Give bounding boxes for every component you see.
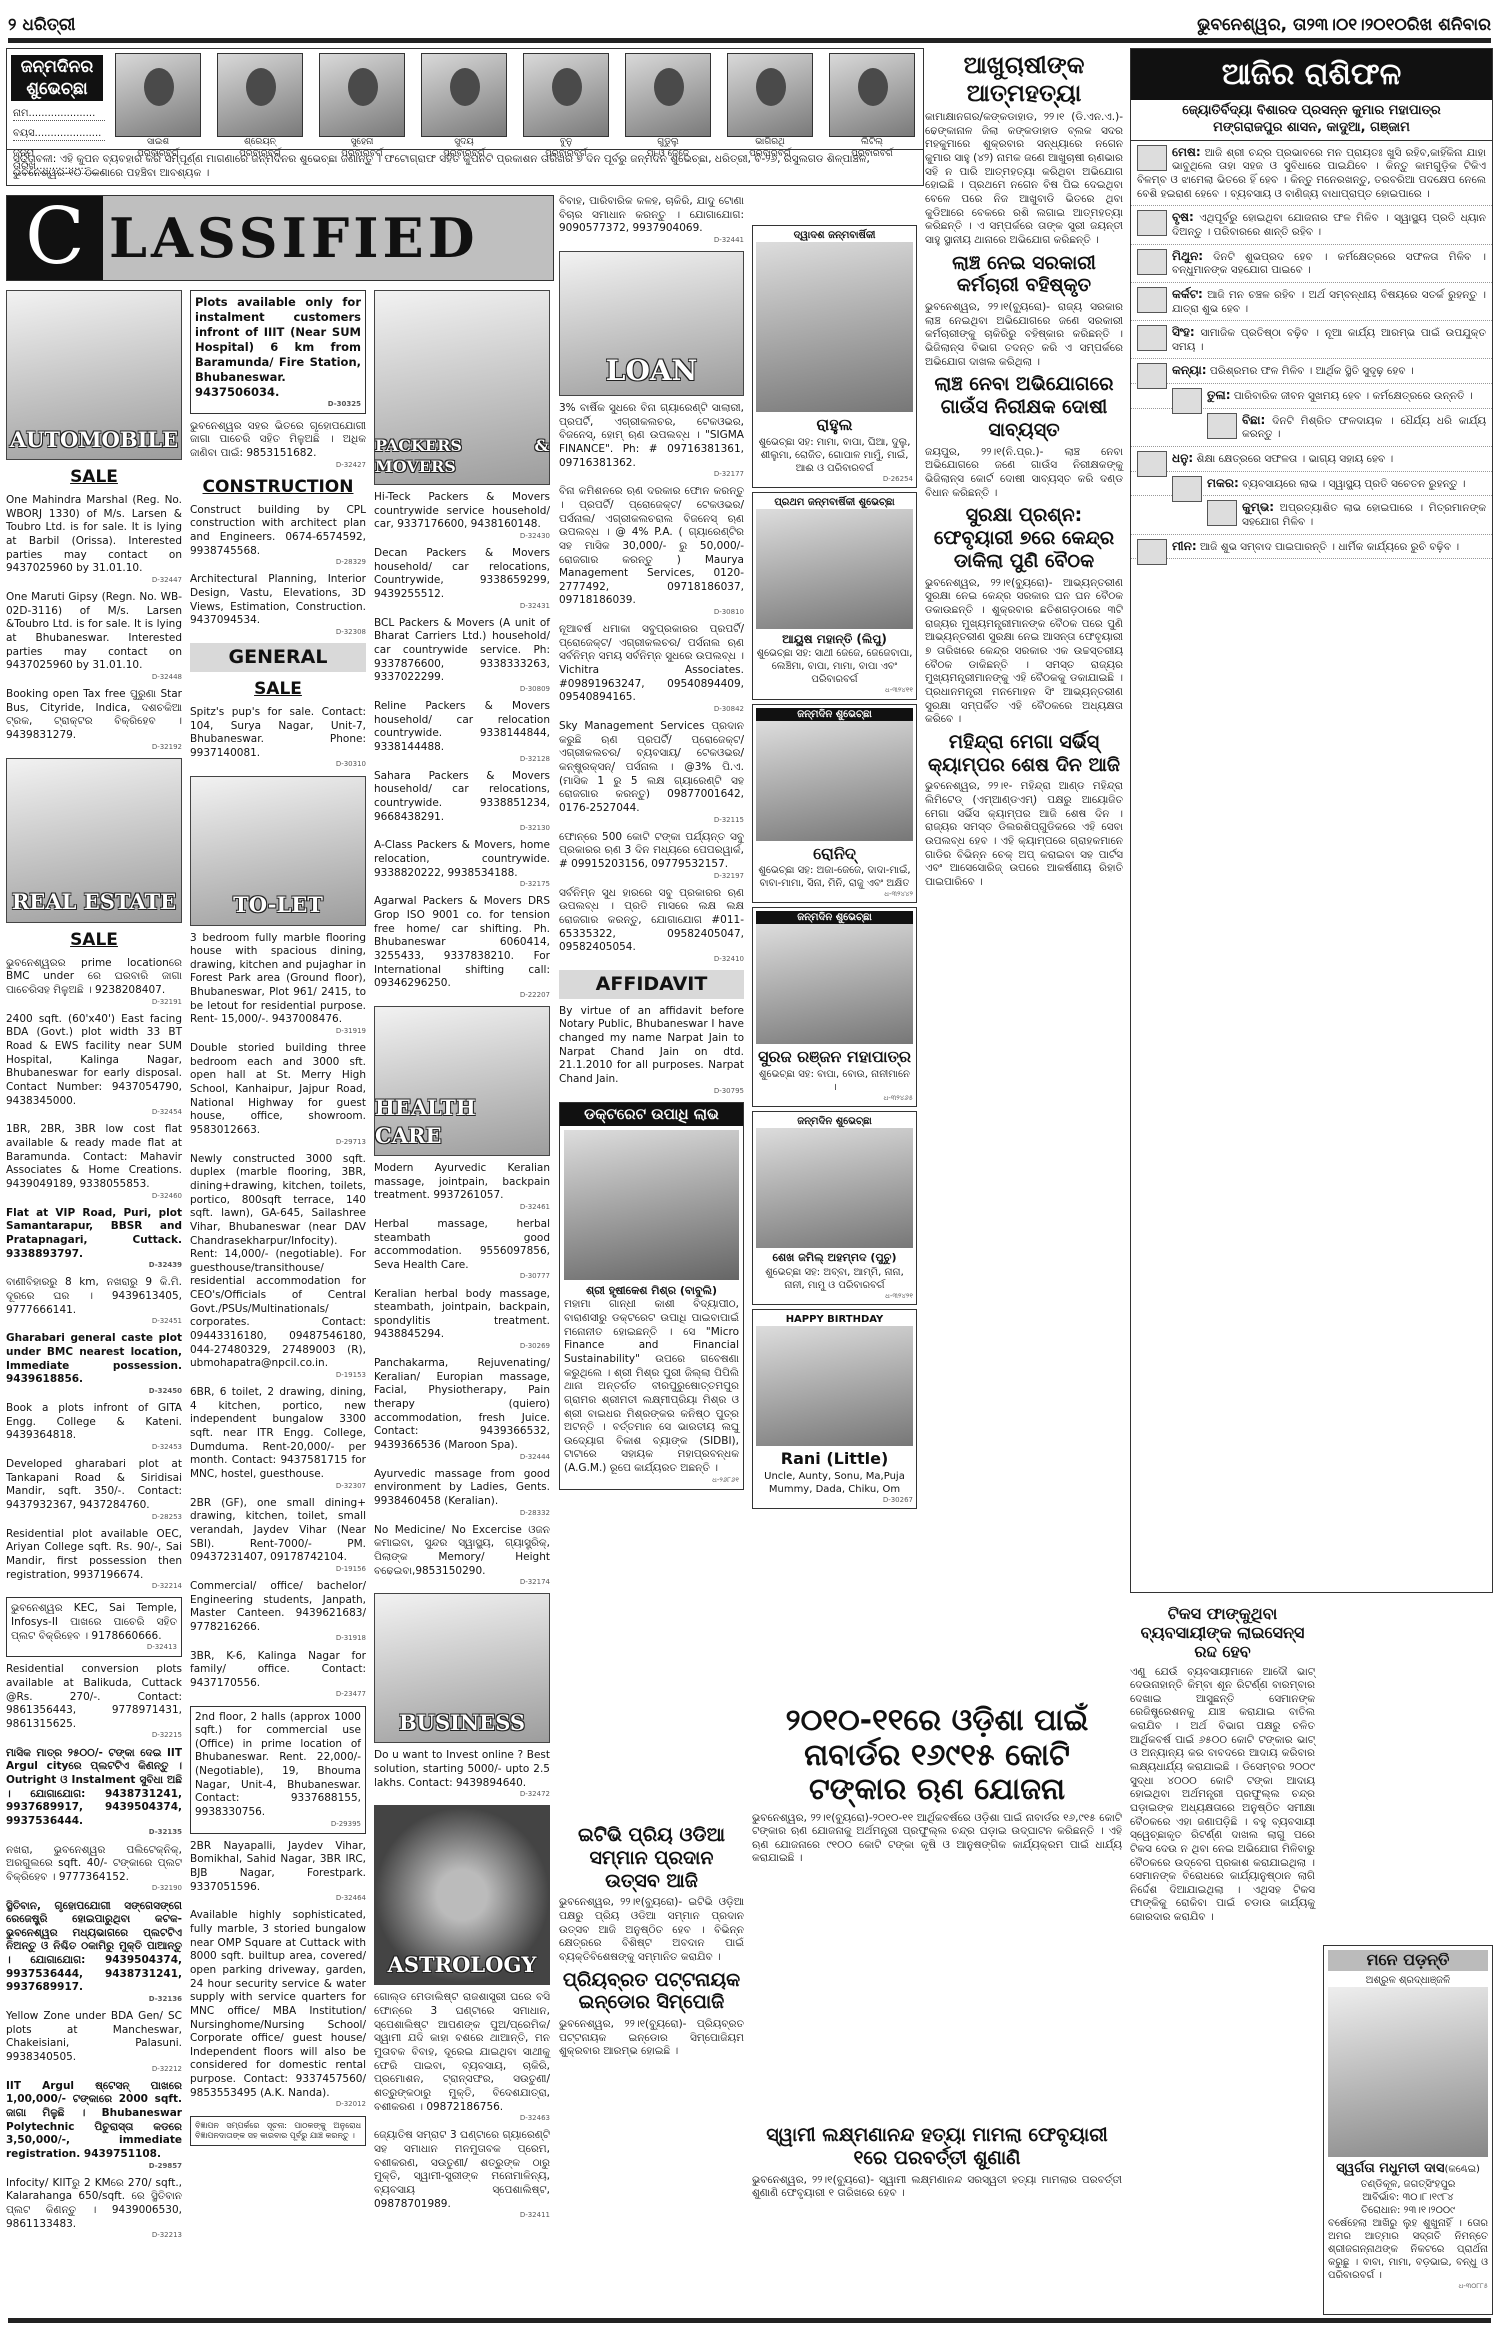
zodiac-capricorn: ମକର: ବ୍ୟବସାୟରେ ଲାଭ । ସ୍ୱାସ୍ଥ୍ୟ ପ୍ରତି ସଚେ…: [1131, 472, 1492, 497]
zodiac-libra: ତୁଳା: ପାରିବାରିକ ଜୀବନ ସୁଖମୟ ହେବ । କର୍ମକ୍ଷ…: [1131, 384, 1492, 409]
birthday-wish: ଜନ୍ମଦିନ ଶୁଭେଚ୍ଛାସୁରଜ ରଞ୍ଜନ ମହାପାତ୍ରଶୁଭେଚ…: [752, 907, 917, 1107]
doctorate-name: ଶ୍ରୀ ହୃଷୀକେଶ ମିଶ୍ର (ବାବୁଲି): [564, 1284, 739, 1298]
classified-ad: Flat at VIP Road, Puri, plot Samantarapu…: [6, 1207, 182, 1271]
portrait-image: [625, 53, 711, 137]
classified-column-3: PACKERS & MOVERS Hi-Teck Packers & Mover…: [374, 290, 550, 2226]
news-article: ଲାଞ୍ଚ ନେଇ ସରକାରୀ କର୍ମଚାରୀ ବହିଷ୍କୃତଭୁବନେଶ…: [925, 252, 1123, 370]
classified-banner: C LASSIFIED: [6, 195, 554, 281]
birthday-wish: HAPPY BIRTHDAYRani (Little)Uncle, Aunty,…: [752, 1309, 917, 1509]
page-label: ୨ ଧରିତ୍ରୀ: [8, 14, 76, 36]
nabard-article: ୨୦୧୦-୧୧ରେ ଓଡ଼ିଶା ପାଇଁ ନାବାର୍ଡର ୧୬୯୧୫ କୋଟ…: [752, 1700, 1122, 1866]
doctorate-announcement: ଡକ୍ଟରେଟ ଉପାଧି ଲାଭ ଶ୍ରୀ ହୃଷୀକେଶ ମିଶ୍ର (ବା…: [559, 1102, 744, 1490]
classified-ad: Infocity/ KIITରୁ 2 KMରେ 270/ sqft., Kala…: [6, 2177, 182, 2241]
news-article: ମହିନ୍ଦ୍ରା ମେଗା ସର୍ଭିସ୍ କ୍ୟାମ୍ପର ଶେଷ ଦିନ …: [925, 731, 1123, 890]
footer-rule: [8, 2318, 1491, 2323]
portrait-image: [421, 53, 507, 137]
birthday-photo: ଶ୍ରେୟନ୍ପରିବାରବର୍ଗ: [213, 53, 307, 160]
classified-ad: Newly constructed 3000 sqft. duplex (mar…: [190, 1153, 366, 1380]
classified-column-4: ବିବାହ, ପାରିବାରିକ କଳହ, ଚାକିରି, ଯାଦୁ ଟୋଣା …: [559, 195, 744, 1496]
classified-ad: IIT Argul ଷ୍ଟେସନ୍ ପାଖରେ 1,00,000/- ଟଙ୍କା…: [6, 2080, 182, 2171]
affidavit-notice: By virtue of an affidavit before Notary …: [559, 1005, 744, 1096]
classified-ad: Residential plot available OEC, Ariyan C…: [6, 1528, 182, 1592]
classified-ad: ଭୁବନେଶ୍ୱର ସହର ଭିତରେ ଗୃହୋପଯୋଗୀ ଜାଗା ପାଚେର…: [190, 420, 366, 470]
aries-icon: [1137, 145, 1167, 171]
sagittarius-icon: [1137, 451, 1167, 477]
classified-ad: Available highly sophisticated, fully ma…: [190, 1909, 366, 2109]
classified-ad: ଭୁବନେଶ୍ୱରର prime locationରେ BMC under ରେ…: [6, 957, 182, 1007]
portrait-image: [756, 1128, 913, 1248]
classified-ad: 6BR, 6 toilet, 2 drawing, dining, 4 kitc…: [190, 1386, 366, 1491]
classified-ad: Agarwal Packers & Movers DRS Grop ISO 90…: [374, 895, 550, 1000]
classified-ad: Herbal massage, herbal steambath good ac…: [374, 1218, 550, 1282]
astrology-image: ASTROLOGY: [374, 1805, 550, 1985]
horoscope-box: ଆଜିର ରାଶିଫଳ ଜ୍ୟୋତିର୍ବିଦ୍ୟା ବିଶାରଦ ପ୍ରସନ୍…: [1130, 48, 1493, 1593]
gemini-icon: [1137, 249, 1167, 275]
birthday-coupon: ଜନ୍ମଦିନର ଶୁଭେଚ୍ଛା ନାମ...................…: [6, 48, 924, 186]
classified-ad: ଜ୍ୟୋତିଷ ସମ୍ରାଟ 3 ଘଣ୍ଟାରେ ଗ୍ୟାରେଣ୍ଟି ସହ ସ…: [374, 2129, 550, 2220]
birthday-photo: ଲିଟିଲ୍ପରିବାରବର୍ଗ: [825, 53, 919, 160]
pisces-icon: [1137, 539, 1167, 565]
news-column: ଆଖୁଚାଷୀଙ୍କ ଆତ୍ମହତ୍ୟାକାମାକ୍ଷାନଗର/କଙ୍କଡାହା…: [925, 48, 1123, 890]
taurus-icon: [1137, 210, 1167, 236]
classified-ad: ସର୍ବନିମ୍ନ ସୁଧ ହାରରେ ସବୁ ପ୍ରକାରର ଋଣ ଉପଲବ୍…: [559, 887, 744, 964]
memorial-photo: [1328, 1987, 1488, 2157]
classified-ad: Book a plots infront of GITA Engg. Colle…: [6, 1402, 182, 1452]
classified-ad: 2BR (GF), one small dining+ drawing, kit…: [190, 1497, 366, 1574]
classified-column-2: Plots available only for instalment cust…: [190, 290, 366, 2152]
etv-article: ଇଟିଭି ପ୍ରିୟ ଓଡିଆ ସମ୍ମାନ ପ୍ରଦାନ ଉତ୍ସବ ଆଜି…: [559, 1820, 744, 2059]
cancer-icon: [1137, 287, 1167, 313]
classified-ad: Residential conversion plots available a…: [6, 1663, 182, 1740]
section-heading: SALE: [6, 929, 182, 951]
classified-ad: Developed gharabari plot at Tankapani Ro…: [6, 1458, 182, 1522]
classified-column-1: AUTOMOBILE SALE One Mahindra Marshal (Re…: [6, 290, 182, 2246]
section-heading-sale: SALE: [190, 678, 366, 700]
boxed-classified-ad: Plots available only for instalment cust…: [190, 290, 366, 414]
classified-ad: Double storied building three bedroom ea…: [190, 1042, 366, 1147]
classified-ad: Modern Ayurvedic Keralian massage, joint…: [374, 1162, 550, 1212]
portrait-image: [115, 53, 201, 137]
classified-ad: BCL Packers & Movers (A unit of Bharat C…: [374, 617, 550, 694]
classified-ad: ବିବାହ, ପାରିବାରିକ କଳହ, ଚାକିରି, ଯାଦୁ ଟୋଣା …: [559, 195, 744, 245]
masthead: ୨ ଧରିତ୍ରୀ ଭୁବନେଶ୍ୱର, ତା୨୩।୦୧।୨୦୧୦ରିଖ ଶନି…: [8, 6, 1491, 36]
section-heading-construction: CONSTRUCTION: [190, 476, 366, 498]
zodiac-pisces: ମୀନ: ଆଜି ଶୁଭ ସମ୍ବାଦ ପାଇପାରନ୍ତି । ଧାର୍ମିକ…: [1131, 535, 1492, 560]
birthday-photo: ଗୁଡୁଲୁମା ଓ ଜେଜେ: [621, 53, 715, 160]
virgo-icon: [1137, 363, 1167, 389]
section-heading-general: GENERAL: [190, 643, 366, 672]
classified-ad: Hi-Teck Packers & Movers countrywide ser…: [374, 491, 550, 541]
birthday-wish: ଜନ୍ମଦିନ ଶୁଭେଚ୍ଛାଶେଖ ଜମିଲ୍ ଅହମ୍ମଦ (ପୁଚୁ)ଶ…: [752, 1111, 917, 1304]
classified-ad: Booking open Tax free ପୁରୁଣା Star Bus, C…: [6, 688, 182, 752]
classified-ad: 3BR, K-6, Kalinga Nagar for family/ offi…: [190, 1650, 366, 1700]
classified-ad: ମାସିକ ମାତ୍ର ୨୫୦୦/- ଟଙ୍କା ଦେଇ IIT Argul c…: [6, 1747, 182, 1838]
boxed-classified-ad: 2nd floor, 2 halls (approx 1000 sqft.) f…: [190, 1706, 366, 1834]
health-care-image: HEALTH CARE: [374, 1006, 550, 1156]
astrologer-credit: ଜ୍ୟୋତିର୍ବିଦ୍ୟା ବିଶାରଦ ପ୍ରସନ୍ନ କୁମାର ମହାପ…: [1131, 100, 1492, 141]
horoscope-title: ଆଜିର ରାଶିଫଳ: [1131, 49, 1492, 100]
zodiac-taurus: ବୃଷ: ଏଥିପୂର୍ବରୁ ହୋଇଥିବା ଯୋଜନାର ଫଳ ମିଳିବ …: [1131, 206, 1492, 244]
news-article: ସୁରକ୍ଷା ପ୍ରଶ୍ନ: ଫେବୃୟାରୀ ୭ରେ କେନ୍ଦ୍ର ଡାକ…: [925, 504, 1123, 726]
memorial-name: ସ୍ୱର୍ଗତା ମଧୁମତୀ ଦାସ: [1336, 2161, 1444, 2176]
memorial-header: ମନେ ପଡ଼ନ୍ତି: [1328, 1950, 1488, 1971]
classified-ad: 3 bedroom fully marble flooring house wi…: [190, 932, 366, 1037]
classified-ad: Sky Management Services ପ୍ରଦାନ କରୁଛି ଋଣ …: [559, 720, 744, 825]
birthday-photo-strip: ସାଇଶପରିବାରବର୍ଗ ଶ୍ରେୟନ୍ପରିବାରବର୍ଗ ସୁହେନାପ…: [111, 53, 919, 160]
zodiac-virgo: କନ୍ୟା: ପରିଶ୍ରମର ଫଳ ମିଳିବ । ଆର୍ଥିକ ସ୍ଥିତି…: [1131, 359, 1492, 384]
scorpio-icon: [1207, 413, 1237, 439]
portrait-image: [523, 53, 609, 137]
classified-ad: Ayurvedic massage from good environment …: [374, 1468, 550, 1518]
boxed-classified-ad: ଭୁବନେଶ୍ୱର KEC, Sai Temple, Infosys-II ପା…: [6, 1597, 182, 1657]
business-image: BUSINESS: [374, 1593, 550, 1743]
zodiac-sagittarius: ଧନୁ: ଶିକ୍ଷା କ୍ଷେତ୍ରରେ ସଫଳତା । ଭାଗ୍ୟ ସହାୟ…: [1131, 447, 1492, 472]
doctorate-title: ଡକ୍ଟରେଟ ଉପାଧି ଲାଭ: [560, 1103, 743, 1127]
advertiser-notice: ବିଜ୍ଞାପନ ସମ୍ପର୍କରେ ସୂଚନା: ପାଠକଙ୍କୁ ଅନୁରୋ…: [190, 2116, 366, 2147]
classified-ad: ନଖରା, ଭୁବନେଶ୍ୱର ପଲିଟେକ୍ନିକ୍, ଅରଗୁଲରେ sqf…: [6, 1844, 182, 1894]
classified-ad: ଗୋଲ୍ଡ ମେଡାଲିଷ୍ଟ ରାଜଶାସ୍ତ୍ରୀ ଘରେ ବସି ଫୋନ୍…: [374, 1991, 550, 2123]
classified-ad: One Mahindra Marshal (Reg. No. WBORJ 133…: [6, 494, 182, 585]
classified-ad: 1BR, 2BR, 3BR low cost flat available & …: [6, 1123, 182, 1200]
zodiac-aquarius: କୁମ୍ଭ: ଅପ୍ରତ୍ୟାଶିତ ଲାଭ ହୋଇପାରେ । ମିତ୍ରମା…: [1131, 496, 1492, 534]
classified-ad: ଫୋନ୍‌ରେ 500 କୋଟି ଟଙ୍କା ପର୍ଯ୍ୟନ୍ତ ସବୁ ପ୍ର…: [559, 831, 744, 881]
portrait-image: [756, 721, 913, 841]
classified-ad: Commercial/ office/ bachelor/ Engineerin…: [190, 1580, 366, 1644]
birthday-coupon-title: ଜନ୍ମଦିନର ଶୁଭେଚ୍ଛା: [11, 55, 103, 101]
classified-ad: ନୂଆବର୍ଷ ଧମାକା ସବୁପ୍ରକାରର ପ୍ରପର୍ଟି/ ପ୍ରୋଜ…: [559, 623, 744, 714]
to-let-image: TO-LET: [190, 776, 366, 926]
classified-ad: Do u want to Invest online ? Best soluti…: [374, 1749, 550, 1799]
news-article: ଆଖୁଚାଷୀଙ୍କ ଆତ୍ମହତ୍ୟାକାମାକ୍ଷାନଗର/କଙ୍କଡାହା…: [925, 52, 1123, 248]
classified-ad: ବିନା କମିଶନରେ ଋଣ ଦରକାର ଫୋନ କରନ୍ତୁ । ପ୍ରପର…: [559, 485, 744, 617]
zodiac-scorpio: ବିଛା: ଦିନଟି ମିଶ୍ରିତ ଫଳଦାୟକ । ଧୈର୍ଯ୍ୟ ଧରି…: [1131, 409, 1492, 447]
classified-ad: Keralian herbal body massage, steambath,…: [374, 1288, 550, 1352]
section-heading: SALE: [6, 466, 182, 488]
classified-ad: Architectural Planning, Interior Design,…: [190, 573, 366, 637]
masthead-rule: [8, 38, 1491, 43]
zodiac-aries: ମେଷ: ଆଜି ଶ୍ରୀ ଚନ୍ଦ୍ର ପ୍ରଭାବରେ ମନ ପ୍ରାୟତଃ…: [1131, 141, 1492, 207]
classified-ad: ସ୍ଥିତିବାନ, ଗୃହୋପଯୋଗୀ ସଙ୍ଗେସଙ୍ଗେ ରେଜେଷ୍ଟ୍…: [6, 1900, 182, 2005]
birthday-photo: ସାଇଶପରିବାରବର୍ଗ: [111, 53, 205, 160]
classified-ad: 2400 sqft. (60'x40') East facing BDA (Go…: [6, 1013, 182, 1118]
portrait-image: [756, 509, 913, 629]
tax-article: ଟିକସ ଫାଙ୍କୁଥିବା ବ୍ୟବସାୟୀଙ୍କ ଲାଇସେନ୍ସ ରଦ୍…: [1130, 1600, 1315, 1925]
classified-ad: Sahara Packers & Movers household/ car r…: [374, 770, 550, 834]
portrait-image: [756, 924, 913, 1044]
packers-movers-image: PACKERS & MOVERS: [374, 290, 550, 485]
classified-ad: 2BR Nayapalli, Jaydev Vihar, Bomikhal, S…: [190, 1840, 366, 1904]
classified-ad: 3% ବାର୍ଷିକ ସୁଧରେ ବିନା ଗ୍ୟାରେଣ୍ଟି ସାଲାରୀ,…: [559, 402, 744, 479]
doctorate-photo: [564, 1130, 739, 1280]
portrait-image: [319, 53, 405, 137]
portrait-image: [756, 242, 913, 412]
birthday-wishes-column: ଦ୍ୱାଦଶ ଜନ୍ମବାର୍ଷିକୀରାହୁଲଶୁଭେଚ୍ଛା ସହ: ମାମ…: [752, 225, 917, 1513]
classified-ad: Spitz's pup's for sale. Contact: 104, Su…: [190, 706, 366, 770]
birthday-wish: ଜନ୍ମଦିନ ଶୁଭେଚ୍ଛାରୋନିଦ୍ଶୁଭେଚ୍ଛା ସହ: ଅଜା-ଜ…: [752, 704, 917, 904]
classified-ad: Yellow Zone under BDA Gen/ SC plots at M…: [6, 2010, 182, 2074]
form-field-age: ବୟସ.....................: [13, 127, 105, 141]
automobile-image: AUTOMOBILE: [6, 290, 182, 460]
classified-ad: Panchakarma, Rejuvenating/ Keralian/ Eur…: [374, 1357, 550, 1462]
classified-ad: Gharabari general caste plot under BMC n…: [6, 1332, 182, 1396]
news-article: ଲାଞ୍ଚ ନେବା ଅଭିଯୋଗରେ ଗାଉଁସ ନିରୀକ୍ଷକ ଦୋଷୀ …: [925, 373, 1123, 500]
classified-ad: Reline Packers & Movers household/ car r…: [374, 700, 550, 764]
aquarius-icon: [1207, 500, 1237, 526]
form-field-name: ନାମ.....................: [13, 107, 105, 121]
dateline: ଭୁବନେଶ୍ୱର, ତା୨୩।୦୧।୨୦୧୦ରିଖ ଶନିବାର: [1197, 14, 1491, 36]
leo-icon: [1137, 325, 1167, 351]
portrait-image: [829, 53, 915, 137]
lakshmanananda-article: ସ୍ୱାମୀ ଲକ୍ଷ୍ମଣାନନ୍ଦ ହତ୍ୟା ମାମଲା ଫେବୃୟାରୀ…: [752, 2120, 1122, 2201]
birthday-photo: ବୁନୁପରିବାରବର୍ଗ: [519, 53, 613, 160]
real-estate-image: REAL ESTATE: [6, 758, 182, 923]
classified-ad: Decan Packers & Movers household/ car re…: [374, 547, 550, 611]
doctorate-body: ମହାମା ଗାନ୍ଧୀ କାଶୀ ବିଦ୍ୟାପୀଠ, ବାରାଣସୀରୁ ଡ…: [564, 1298, 739, 1475]
capricorn-icon: [1172, 476, 1202, 502]
libra-icon: [1172, 388, 1202, 414]
classified-ad: No Medicine/ No Excercise ଓଜନ କମାଇବା, ସୁ…: [374, 1524, 550, 1588]
portrait-image: [727, 53, 813, 137]
coupon-terms: ସର୍ତ୍ତାବଳୀ: ଏହି କୁପନ ବ୍ୟବହାର କରି ସମ୍ପୂର୍…: [7, 149, 923, 185]
birthday-photo: ସୁହେନାପରିବାରବର୍ଗ: [315, 53, 409, 160]
birthday-photo: ସୁଦୟପରିବାରବର୍ଗ: [417, 53, 511, 160]
banner-text: LASSIFIED: [103, 203, 479, 273]
portrait-image: [756, 1326, 913, 1446]
classified-ad: Construct building by CPL construction w…: [190, 504, 366, 568]
classified-ad: ବାଣୀବିହାରରୁ 8 km, ନଖରାରୁ 9 କି.ମି. ଦୂରରେ …: [6, 1276, 182, 1326]
loan-image: LOAN: [559, 251, 744, 396]
zodiac-leo: ସିଂହ: ସାମାଜିକ ପ୍ରତିଷ୍ଠା ବଢ଼ିବ । ନୂଆ କାର୍…: [1131, 321, 1492, 359]
birthday-wish: ପ୍ରଥମ ଜନ୍ମବାର୍ଷିକୀ ଶୁଭେଚ୍ଛାଆୟୁଷ ମହାନ୍ତି …: [752, 492, 917, 700]
zodiac-cancer: କର୍କଟ: ଆଜି ମନ ଚଞ୍ଚଳ ରହିବ । ଅର୍ଥ ସମ୍ବନ୍ଧୀ…: [1131, 283, 1492, 321]
zodiac-gemini: ମିଥୁନ: ଦିନଟି ଶୁଭପ୍ରଦ ହେବ । କର୍ମକ୍ଷେତ୍ରରେ…: [1131, 245, 1492, 283]
birthday-wish: ଦ୍ୱାଦଶ ଜନ୍ମବାର୍ଷିକୀରାହୁଲଶୁଭେଚ୍ଛା ସହ: ମାମ…: [752, 225, 917, 488]
memorial-notice: ମନେ ପଡ଼ନ୍ତି ଅଶ୍ରୁଳ ଶ୍ରଦ୍ଧାଞ୍ଜଳି ସ୍ୱର୍ଗତା…: [1323, 1945, 1493, 2315]
birthday-photo: ଭାଗିରଥିପରିବାରବର୍ଗ: [723, 53, 817, 160]
section-heading-affidavit: AFFIDAVIT: [559, 970, 744, 999]
classified-ad: A-Class Packers & Movers, home relocatio…: [374, 839, 550, 889]
banner-initial: C: [7, 196, 103, 280]
portrait-image: [217, 53, 303, 137]
classified-ad: One Maruti Gipsy (Regn. No. WB-02D-3116)…: [6, 591, 182, 682]
